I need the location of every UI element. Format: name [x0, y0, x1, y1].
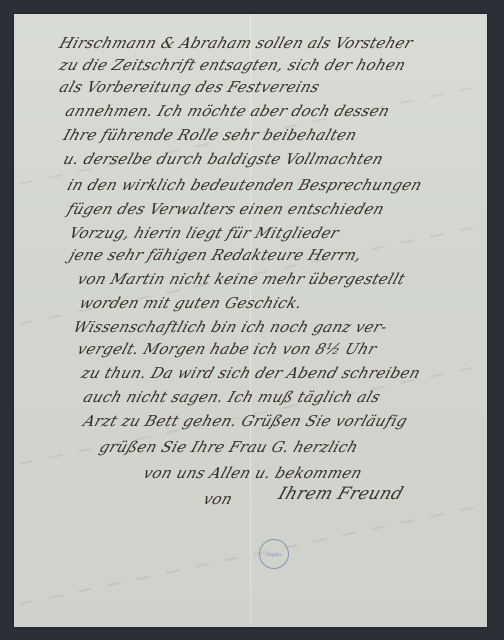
- text-line: Vorzug, hierin liegt für Mitglieder: [67, 224, 341, 242]
- library-stamp: illegible: [259, 539, 289, 569]
- stamp-text: illegible: [266, 552, 282, 557]
- text-line: zu die Zeitschrift entsagten, sich der h…: [57, 56, 408, 74]
- text-line: in den wirklich bedeutenden Besprechunge…: [65, 176, 424, 194]
- signature: Ihrem Freund: [276, 484, 406, 504]
- text-line: u. derselbe durch baldigste Vollmachten: [61, 150, 386, 168]
- text-line: zu thun. Da wird sich der Abend schreibe…: [79, 364, 423, 382]
- text-line: von uns Allen u. bekommen: [141, 464, 365, 482]
- text-line: Arzt zu Bett gehen. Grüßen Sie vorläufig: [81, 412, 410, 430]
- text-line: worden mit guten Geschick.: [77, 294, 305, 312]
- letter-page: Hirschmann & Abraham sollen als Vorstehe…: [14, 14, 487, 627]
- text-line: vergelt. Morgen habe ich von 8½ Uhr: [75, 340, 379, 358]
- text-line: auch nicht sagen. Ich muß täglich als: [81, 388, 383, 406]
- text-line: grüßen Sie Ihre Frau G. herzlich: [97, 438, 361, 456]
- text-line: Hirschmann & Abraham sollen als Vorstehe…: [57, 34, 415, 52]
- text-line: fügen des Verwalters einen entschieden: [65, 200, 387, 218]
- text-line: von Martin nicht keine mehr übergestellt: [75, 270, 408, 288]
- text-line: von: [201, 490, 235, 508]
- text-line: jene sehr fähigen Redakteure Herrn,: [67, 246, 364, 264]
- text-line: Ihre führende Rolle sehr beibehalten: [61, 126, 359, 144]
- text-line: annehmen. Ich möchte aber doch dessen: [63, 102, 392, 120]
- text-line: als Vorbereitung des Festvereins: [57, 78, 322, 96]
- text-line: Wissenschaftlich bin ich noch ganz ver-: [71, 318, 390, 336]
